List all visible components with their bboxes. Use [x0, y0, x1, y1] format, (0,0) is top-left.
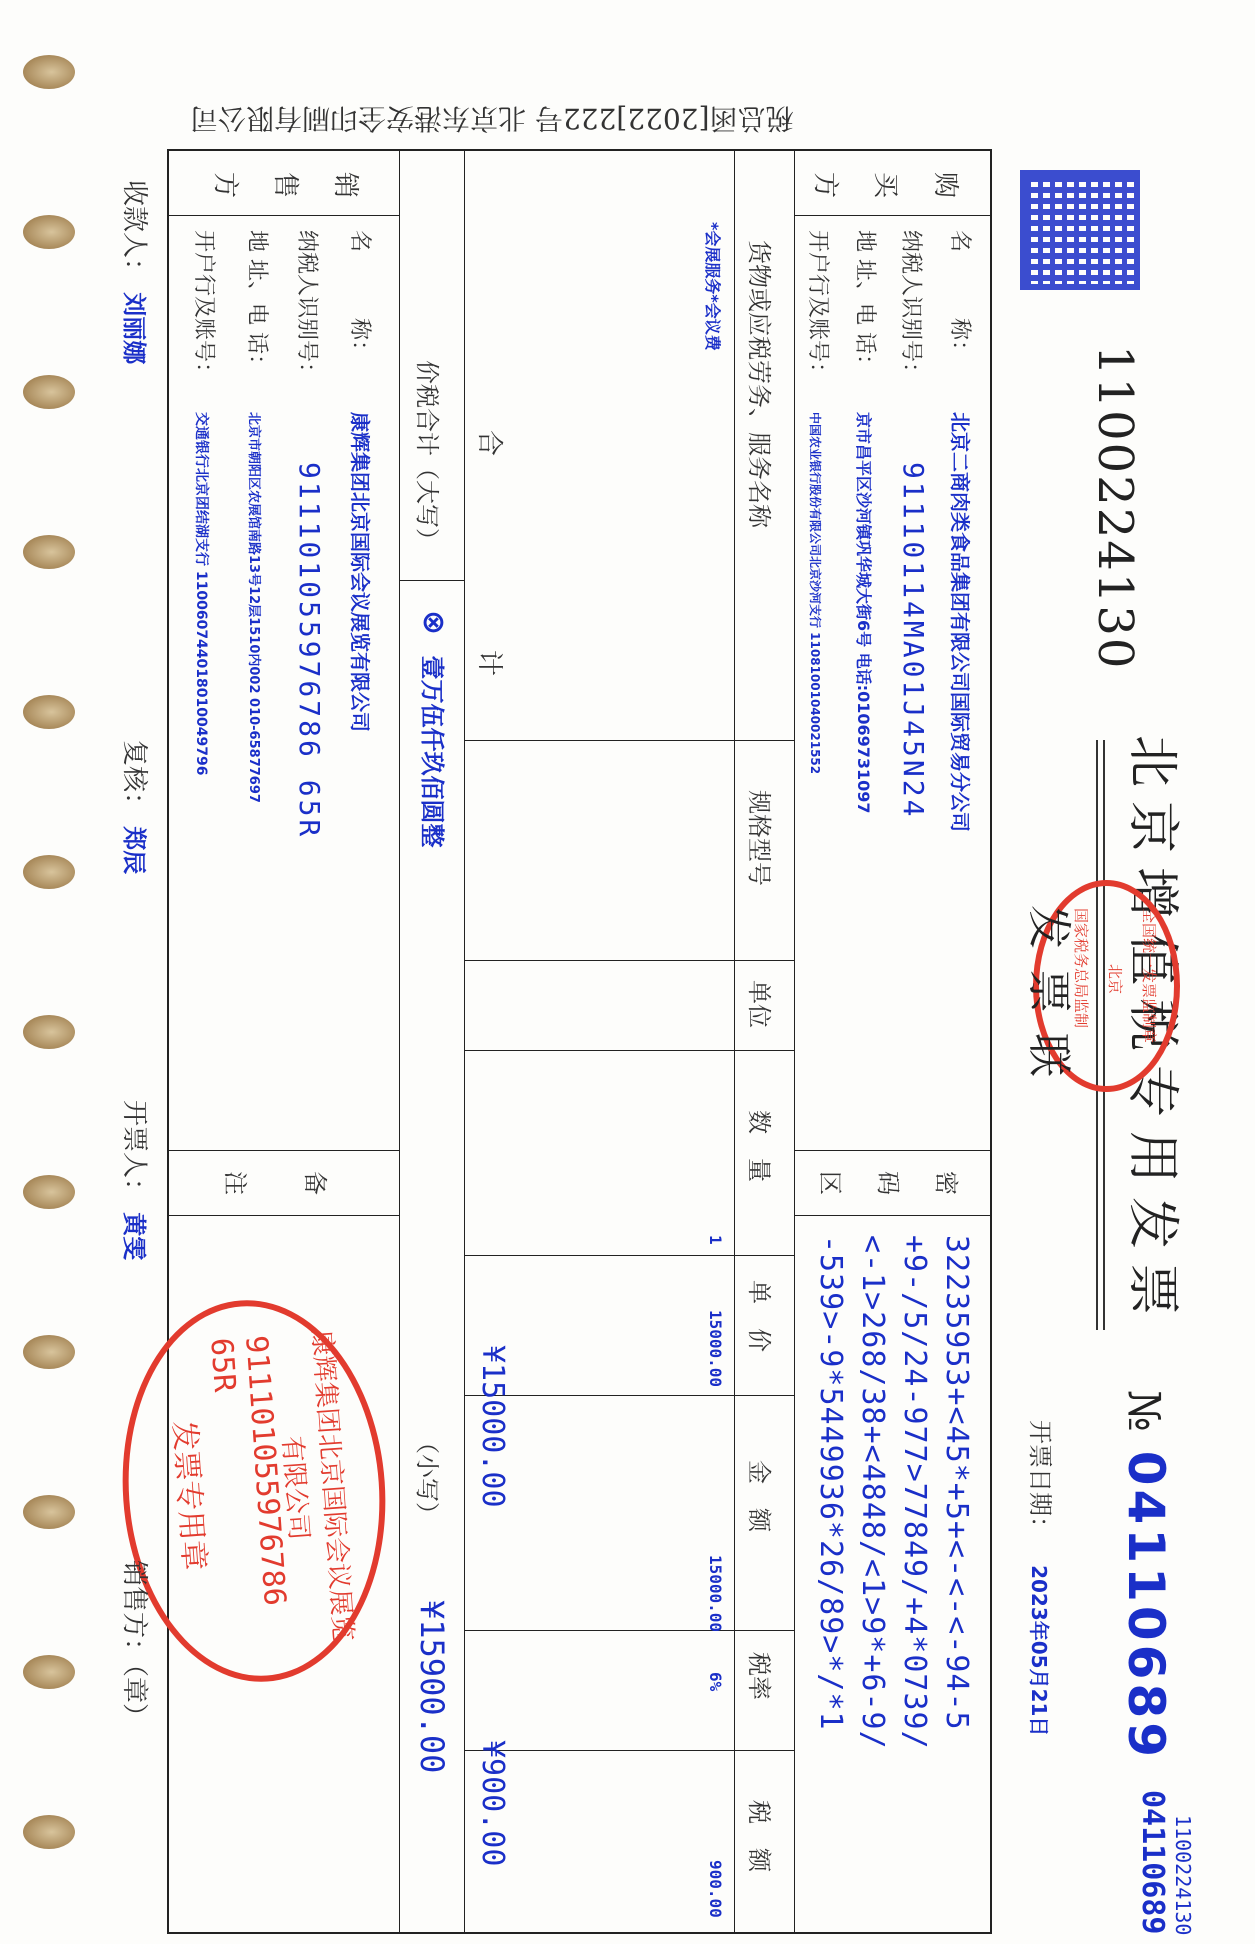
cipher-line: -539>-9*5449936*26/89>*/*1 [809, 1235, 851, 1750]
invoice-number: № 04110689 [1117, 1390, 1175, 1761]
seller-info: 名 称： 康辉集团北京国际会议展览有限公司 纳税人识别号： 9111010559… [176, 230, 385, 1150]
divider [465, 1050, 795, 1051]
col-header-unit: 单位 [744, 980, 779, 1028]
buyer-side-label: 购 买 方 [795, 165, 975, 205]
seller-address-row: 地 址、电 话： 北京市朝阳区农展馆南路13号12层1510内002 010-6… [228, 230, 281, 1150]
reviewer-name: 郑辰 [120, 826, 148, 874]
buyer-bank-row: 开户行及账号： 中国农业银行股份有限公司北京沙河支行 1108100104002… [792, 230, 840, 1150]
divider [465, 1395, 795, 1396]
total-small-label: （小写） [412, 1430, 447, 1526]
remarks-side-label: 备 注 [195, 1163, 355, 1203]
buyer-name: 北京二商肉类食品集团有限公司国际贸易分公司 [948, 412, 972, 832]
label-char: 注 [195, 1163, 275, 1203]
divider [465, 1750, 795, 1751]
buyer-address-row: 地 址、电 话： 京市昌平区沙河镇巩华城大街6号 电话:01069731097 [840, 230, 887, 1150]
divider [465, 960, 795, 961]
buyer-address: 京市昌平区沙河镇巩华城大街6号 电话:01069731097 [854, 412, 873, 814]
total-words: ⊗ 壹万伍仟玖佰圆整 [416, 610, 452, 848]
seller-taxid-row: 纳税人识别号： 911101055976786 65R [281, 230, 334, 1150]
divider [167, 1215, 400, 1216]
col-header-spec: 规格型号 [744, 790, 779, 886]
issue-date: 开票日期： 2023年05月21日 [1025, 1420, 1060, 1736]
divider [465, 740, 795, 741]
field-label: 纳税人识别号： [281, 230, 331, 405]
label-char: 买 [855, 165, 915, 205]
reviewer: 复核： 郑辰 [118, 740, 155, 874]
subtotal-label: 合 计 [473, 430, 510, 694]
divider [795, 1215, 992, 1216]
label-char: 销 [315, 165, 375, 205]
divider [400, 580, 465, 581]
divider [465, 1255, 795, 1256]
issuer: 开票人： 黄雯 [118, 1100, 155, 1260]
seller-tax-id: 911101055976786 65R [293, 462, 326, 839]
cipher-line: +9-/5/24-977>77849/+4*0739/ [893, 1235, 935, 1750]
cipher-line: <-1>268/38+<4848/<1>9*+6-9/ [851, 1235, 893, 1750]
item-price: 15000.00 [706, 1310, 725, 1387]
label-char: 备 [275, 1163, 355, 1203]
seller-address: 北京市朝阳区农展馆南路13号12层1510内002 010-65877697 [246, 412, 261, 803]
divider [734, 149, 735, 1934]
item-tax: 900.00 [706, 1860, 725, 1918]
invoice-page: 1100224130 北京增值税专用发票 全国统一发票监制章 北京 国家税务总局… [0, 0, 1255, 1944]
label-char: 购 [915, 165, 975, 205]
field-label: 纳税人识别号： [887, 230, 933, 405]
seller-name: 康辉集团北京国际会议展览有限公司 [348, 412, 372, 732]
seller-side-label: 销 售 方 [195, 165, 375, 205]
payee-name: 刘丽娜 [120, 292, 148, 364]
item-rate: 6% [706, 1672, 725, 1691]
col-header-name: 货物或应税劳务、服务名称 [744, 240, 779, 528]
field-label: 开户行及账号： [794, 230, 840, 405]
seller-bank: 交通银行北京团结湖支行 110060744018010049796 [193, 412, 209, 775]
seller-bank-row: 开户行及账号： 交通银行北京团结湖支行 11006074401801004979… [176, 230, 228, 1150]
subtotal-amount: ¥15000.00 [475, 1345, 510, 1508]
item-qty: 1 [706, 1235, 725, 1245]
date-value: 2023年05月21日 [1027, 1565, 1051, 1736]
issuer-label: 开票人： [119, 1100, 149, 1204]
label-char: 方 [195, 165, 255, 205]
buyer-name-row: 名 称： 北京二商肉类食品集团有限公司国际贸易分公司 [936, 230, 983, 1150]
stamp-text: 北京 [1105, 964, 1126, 994]
col-header-price: 单 价 [744, 1280, 779, 1352]
cipher-area: 32235953+<45*+5+<-<-<-94-5 +9-/5/24-977>… [809, 1235, 977, 1750]
subtotal-tax: ¥900.00 [475, 1740, 510, 1866]
date-label: 开票日期： [1026, 1420, 1054, 1540]
copy-label: 发票联 [1021, 905, 1085, 1097]
buyer-tax-id: 91110114MA01J45N24 [897, 462, 930, 819]
label-char: 密 [917, 1163, 975, 1203]
seller-seal-label: 销售方：（章） [118, 1560, 155, 1729]
divider [167, 215, 400, 216]
field-label: 地 址、电 话： [841, 230, 887, 405]
label-char: 码 [859, 1163, 917, 1203]
item-name: *会展服务*会议费 [702, 222, 725, 351]
total-label: 价税合计（大写） [412, 360, 447, 552]
field-label: 开户行及账号： [178, 230, 228, 405]
invoice-code-left: 1100224130 [1087, 345, 1143, 670]
col-header-qty: 数 量 [744, 1110, 779, 1182]
printer-note-line: 税总函[2022]222号 北京东港安全印刷有限公司 [190, 100, 793, 140]
buyer-bank: 中国农业银行股份有限公司北京沙河支行 11081001040021552 [808, 412, 822, 774]
col-header-tax: 税 额 [744, 1800, 779, 1872]
label-char: 方 [795, 165, 855, 205]
code-right-bottom: 04110689 [1135, 1790, 1170, 1935]
field-label: 名 称： [334, 230, 384, 405]
label-char: 区 [801, 1163, 859, 1203]
issuer-name: 黄雯 [120, 1212, 148, 1260]
col-header-amount: 金 额 [744, 1460, 779, 1532]
divider [465, 1630, 795, 1631]
number-prefix: № [1118, 1390, 1169, 1432]
divider [795, 215, 992, 216]
cipher-line: 32235953+<45*+5+<-<-<-94-5 [935, 1235, 977, 1750]
code-right-top: 1100224130 [1171, 1815, 1195, 1935]
payee-label: 收款人： [119, 180, 149, 284]
stamp-text: 全国统一发票监制章 [1139, 908, 1160, 1043]
seller-name-row: 名 称： 康辉集团北京国际会议展览有限公司 [334, 230, 385, 1150]
item-amount: 15000.00 [706, 1555, 725, 1632]
number-value: 04110689 [1117, 1451, 1175, 1761]
cipher-side-label: 密 码 区 [801, 1163, 975, 1203]
divider [464, 149, 465, 1934]
divider [399, 149, 400, 1934]
label-char: 售 [255, 165, 315, 205]
cancel-circle-icon: ⊗ [416, 610, 451, 635]
reviewer-label: 复核： [119, 740, 149, 818]
field-label: 地 址、电 话： [231, 230, 281, 405]
field-label: 名 称： [936, 230, 982, 405]
divider [167, 1150, 400, 1151]
col-header-rate: 税率 [744, 1652, 779, 1700]
buyer-taxid-row: 纳税人识别号： 91110114MA01J45N24 [887, 230, 936, 1150]
qr-code [1020, 170, 1140, 290]
total-words-value: 壹万伍仟玖佰圆整 [418, 656, 446, 848]
divider [795, 1150, 992, 1151]
total-small-value: ¥15900.00 [413, 1600, 451, 1773]
buyer-info: 名 称： 北京二商肉类食品集团有限公司国际贸易分公司 纳税人识别号： 91110… [792, 230, 983, 1150]
